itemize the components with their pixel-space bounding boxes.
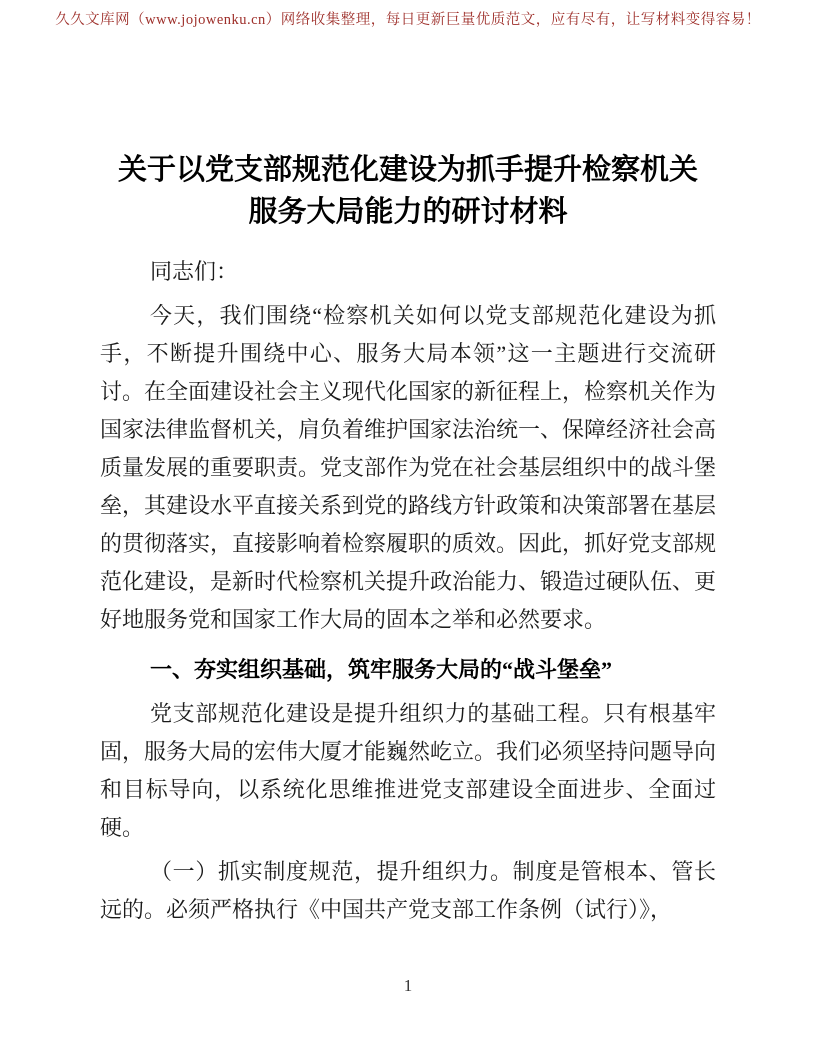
section-heading-1: 一、夯实组织基础，筑牢服务大局的“战斗堡垒” [100, 651, 716, 689]
paragraph-section-1: 党支部规范化建设是提升组织力的基础工程。只有根基牢固，服务大局的宏伟大厦才能巍然… [100, 695, 716, 847]
salutation: 同志们： [100, 253, 716, 291]
paragraph-subsection-1: （一）抓实制度规范，提升组织力。制度是管根本、管长远的。必须严格执行《中国共产党… [100, 853, 716, 929]
title-line-2: 服务大局能力的研讨材料 [100, 191, 716, 233]
document-page: { "watermark": { "text": "久久文库网（www.jojo… [0, 0, 816, 1056]
paragraph-intro: 今天，我们围绕“检察机关如何以党支部规范化建设为抓手，不断提升围绕中心、服务大局… [100, 297, 716, 639]
watermark-header: 久久文库网（www.jojowenku.cn）网络收集整理，每日更新巨量优质范文… [0, 0, 816, 29]
title-line-1: 关于以党支部规范化建设为抓手提升检察机关 [100, 149, 716, 191]
document-title: 关于以党支部规范化建设为抓手提升检察机关 服务大局能力的研讨材料 [100, 149, 716, 233]
document-body: 关于以党支部规范化建设为抓手提升检察机关 服务大局能力的研讨材料 同志们： 今天… [100, 149, 716, 929]
page-number: 1 [0, 976, 816, 996]
